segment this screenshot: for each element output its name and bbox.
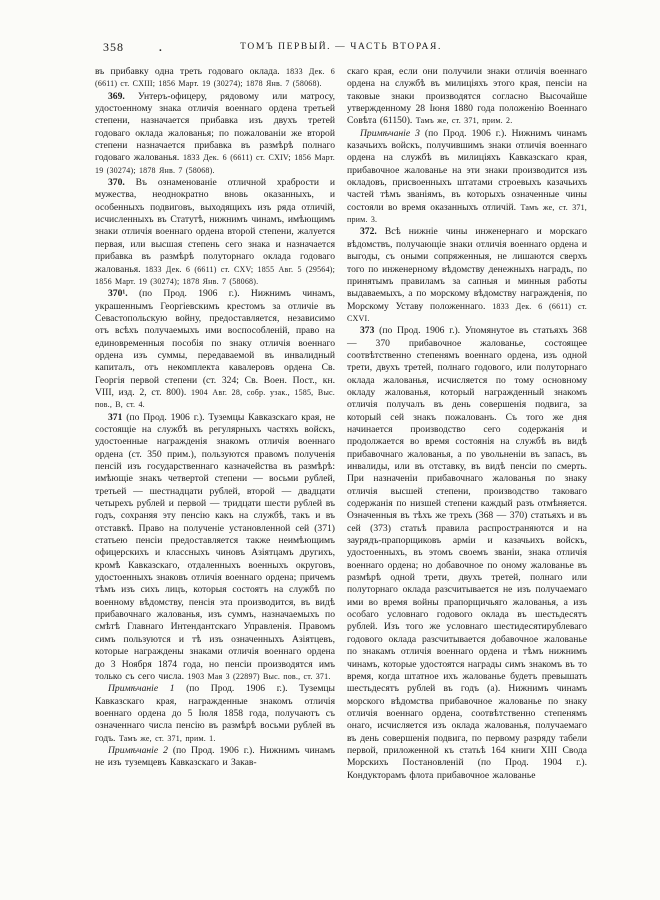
article-number: 372.	[360, 226, 377, 237]
page-header: 358 . ТОМЪ ПЕРВЫЙ. — ЧАСТЬ ВТОРАЯ.	[95, 38, 587, 56]
body-text: (по Прод. 1906 г.). Туземцы Кавказскаго …	[95, 412, 335, 682]
body-text: Всѣ нижніе чины инженернаго и морскаго в…	[347, 226, 587, 311]
scan-speck: .	[159, 42, 162, 54]
article-371: 371 (по Прод. 1906 г.). Туземцы Кавказск…	[95, 412, 335, 684]
article-number: 370¹.	[108, 288, 128, 299]
text-block: въ прибавку одна треть годоваго оклада. …	[95, 66, 587, 782]
body-text: (по Прод. 1906 г.). Упомянутое въ статья…	[347, 325, 587, 780]
right-column: скаго края, если они получили знаки отли…	[347, 66, 587, 782]
note-3: Примѣчаніе 3 (по Прод. 1906 г.). Нижнимъ…	[347, 128, 587, 227]
article-372: 372. Всѣ нижніе чины инженернаго и морск…	[347, 226, 587, 325]
body-text: Въ ознаменованіе отличной храбрости и му…	[95, 177, 335, 274]
scanned-book-page: 358 . ТОМЪ ПЕРВЫЙ. — ЧАСТЬ ВТОРАЯ. въ пр…	[0, 0, 660, 900]
article-number: 373	[360, 325, 374, 336]
note-label: Примѣчаніе 3	[360, 128, 420, 139]
article-370-1: 370¹. (по Прод. 1906 г.). Нижнимъ чинамъ…	[95, 288, 335, 411]
article-373: 373 (по Прод. 1906 г.). Упомянутое въ ст…	[347, 325, 587, 782]
body-text: (по Прод. 1906 г.). Нижнимъ чинамъ казач…	[347, 128, 587, 213]
left-column: въ прибавку одна треть годоваго оклада. …	[95, 66, 335, 782]
article-370: 370. Въ ознаменованіе отличной храбрости…	[95, 177, 335, 288]
article-number: 370.	[108, 177, 125, 188]
article-number: 371	[108, 412, 122, 423]
citation: Тамъ же, ст. 371, прим. 2.	[416, 116, 513, 125]
citation: 1903 Мая 3 (22897) Выс. пов., ст. 371.	[187, 672, 330, 681]
running-title: ТОМЪ ПЕРВЫЙ. — ЧАСТЬ ВТОРАЯ.	[95, 38, 587, 52]
body-text: (по Прод. 1906 г.). Нижнимъ чинамъ, укра…	[95, 288, 335, 398]
page-number: 358	[103, 40, 124, 55]
body-text: въ прибавку одна треть годоваго оклада.	[95, 66, 286, 77]
note-2: Примѣчаніе 2 (по Прод. 1906 г.). Нижнимъ…	[95, 745, 335, 770]
note-label: Примѣчаніе 1	[108, 683, 175, 694]
continuation-note-2: скаго края, если они получили знаки отли…	[347, 66, 587, 128]
note-label: Примѣчаніе 2	[108, 745, 168, 756]
continuation-paragraph: въ прибавку одна треть годоваго оклада. …	[95, 66, 335, 91]
article-369: 369. Унтеръ-офицеру, рядовому или матрос…	[95, 91, 335, 177]
citation: Тамъ же, ст. 371, прим. 1.	[119, 734, 216, 743]
article-number: 369.	[108, 91, 125, 102]
note-1: Примѣчаніе 1 (по Прод. 1906 г.). Туземцы…	[95, 683, 335, 745]
